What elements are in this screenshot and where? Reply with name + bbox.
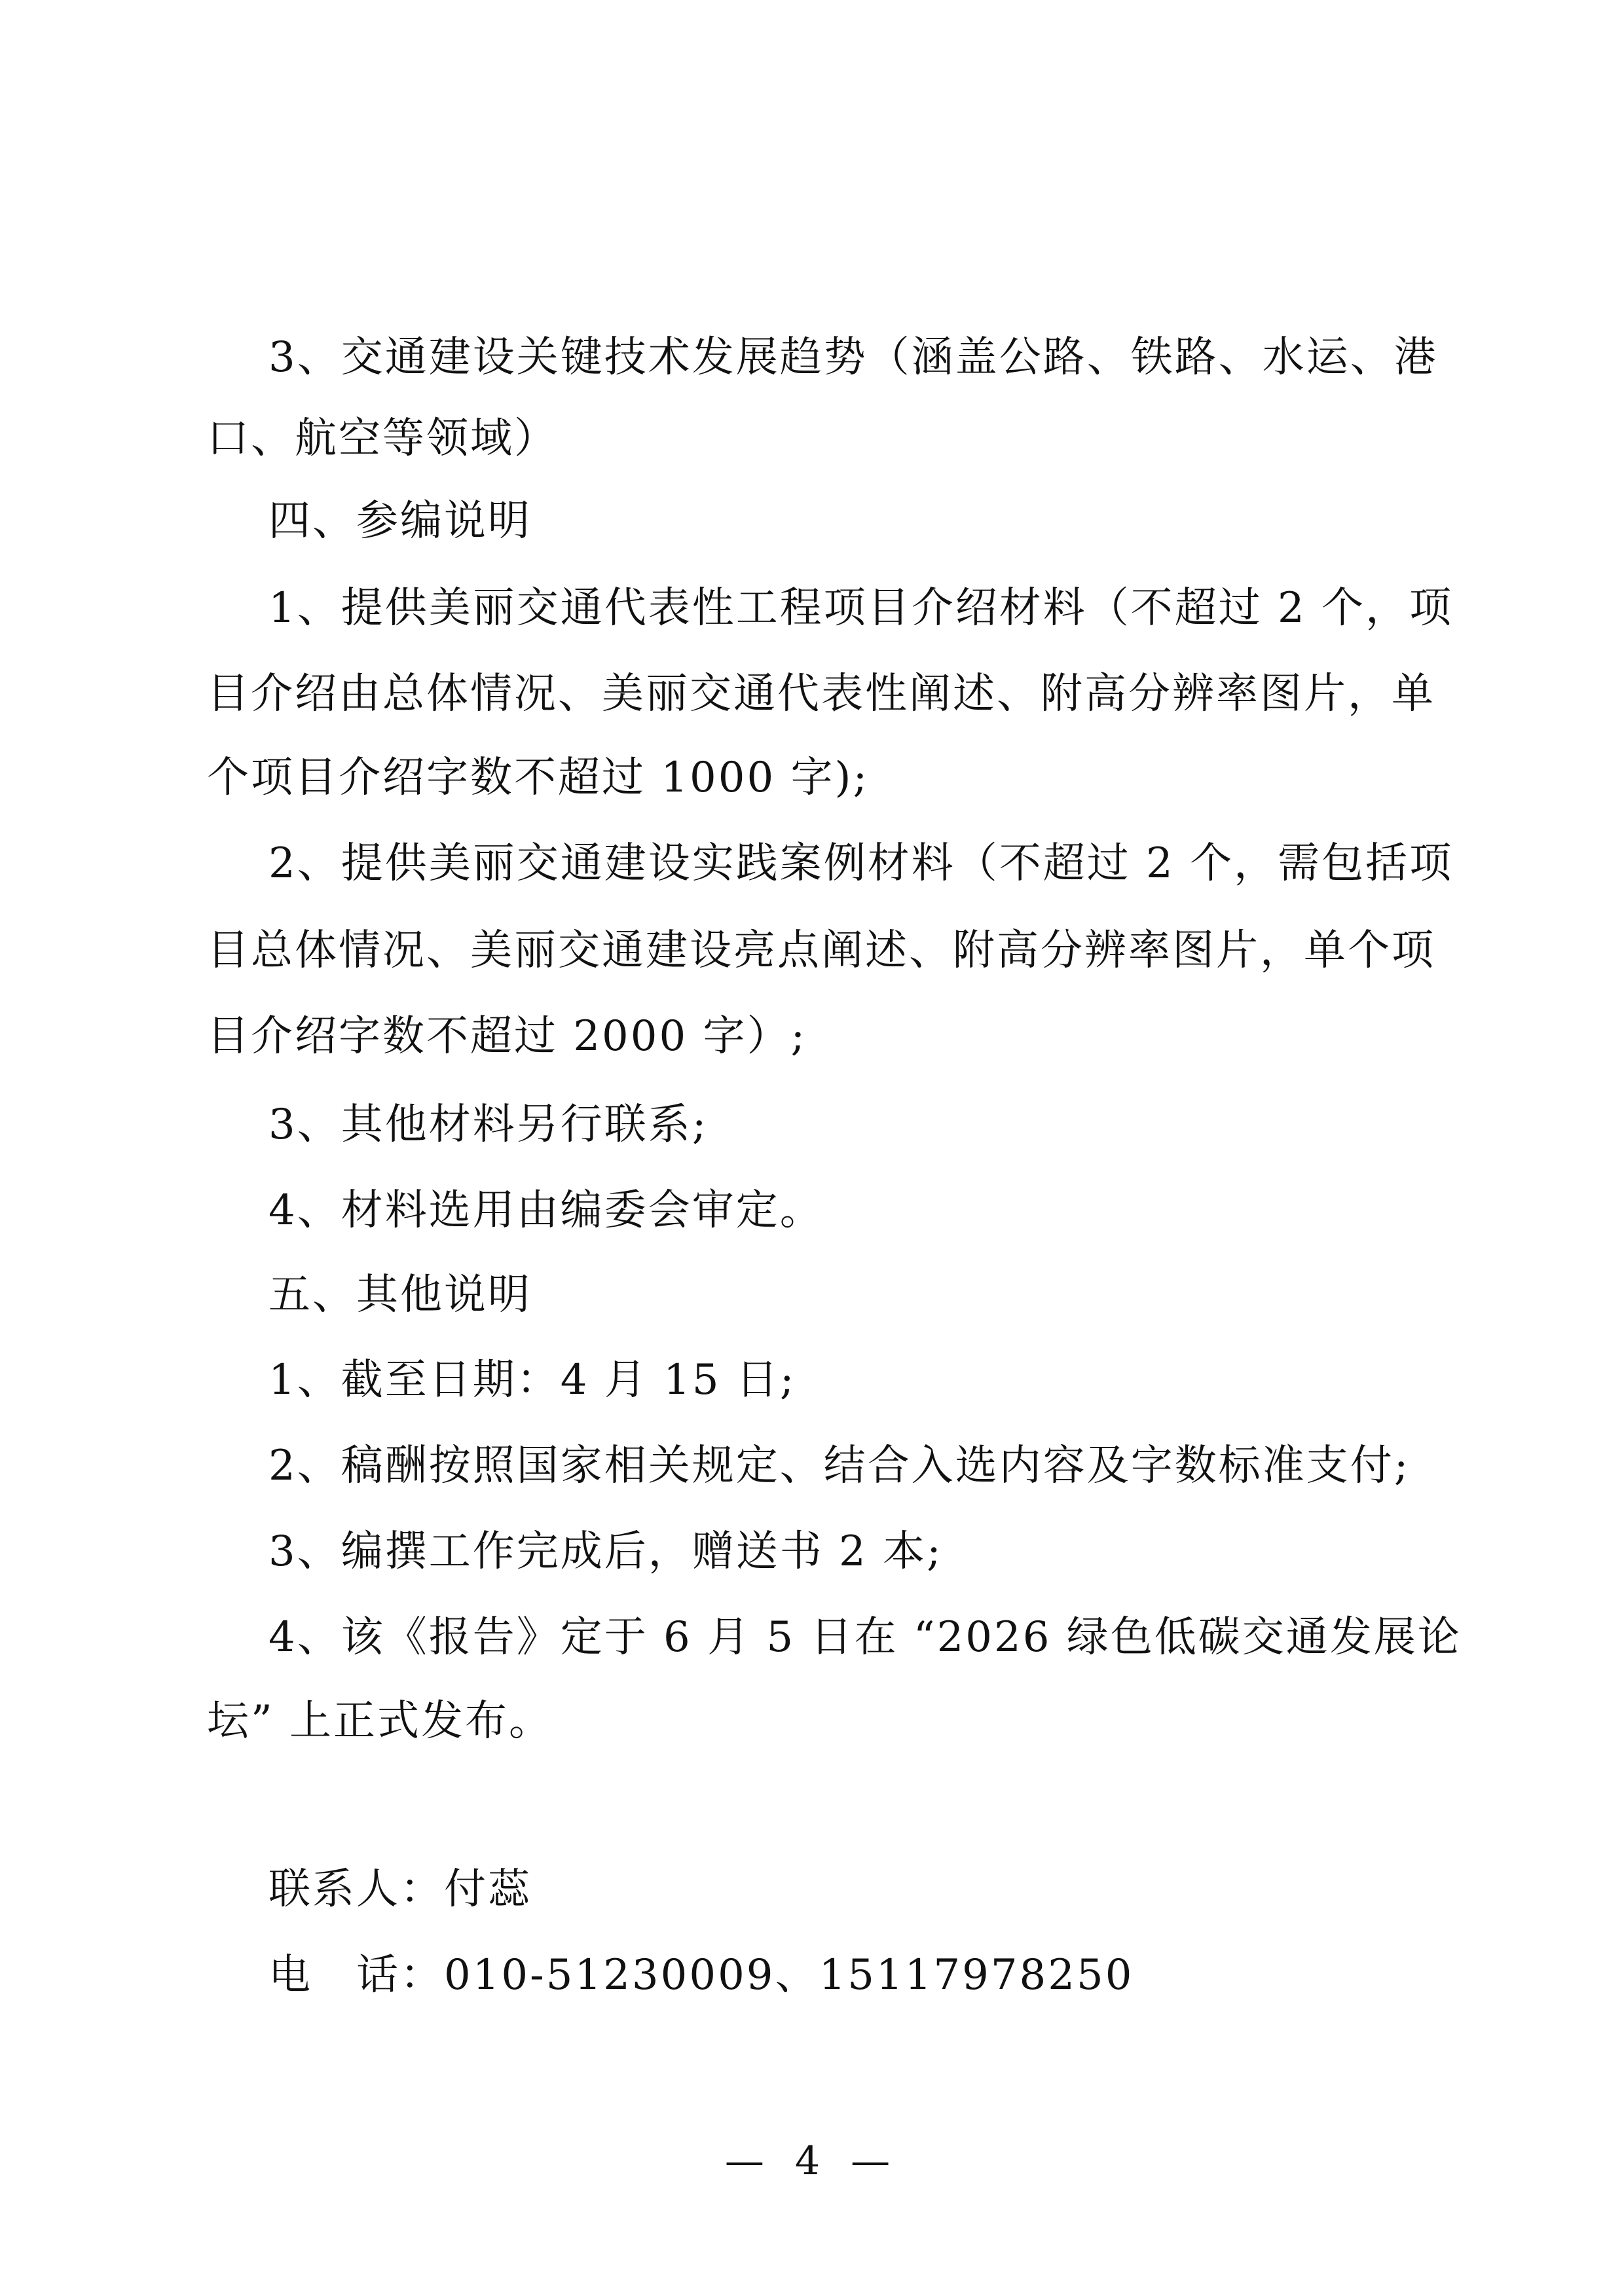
item-3-key-tech-trends: 3、交通建设关键技术发展趋势（涵盖公路、铁路、水运、港 bbox=[268, 331, 1434, 384]
section4-item-1-cont-1: 目介绍由总体情况、美丽交通代表性阐述、附高分辨率图片，单 bbox=[207, 668, 1435, 720]
section5-item-1-deadline: 1、截至日期：4 月 15 日; bbox=[268, 1354, 1434, 1406]
document-page: 3、交通建设关键技术发展趋势（涵盖公路、铁路、水运、港 口、航空等领域） 四、参… bbox=[0, 0, 1624, 2296]
section4-item-3: 3、其他材料另行联系; bbox=[268, 1099, 1434, 1151]
section-heading-5: 五、其他说明 bbox=[268, 1269, 1434, 1321]
section5-item-3-gift-books: 3、编撰工作完成后，赠送书 2 本; bbox=[268, 1525, 1434, 1578]
section5-item-4-release: 4、该《报告》定于 6 月 5 日在 “2026 绿色低碳交通发展论 bbox=[268, 1611, 1434, 1664]
contact-person: 联系人：付蕊 bbox=[268, 1863, 1434, 1916]
section-heading-4: 四、参编说明 bbox=[268, 495, 1434, 547]
section4-item-2-cont-1: 目总体情况、美丽交通建设亮点阐述、附高分辨率图片，单个项 bbox=[207, 924, 1435, 977]
section4-item-1: 1、提供美丽交通代表性工程项目介绍材料（不超过 2 个，项 bbox=[268, 582, 1434, 634]
section5-item-2-remuneration: 2、稿酬按照国家相关规定、结合入选内容及字数标准支付; bbox=[268, 1440, 1434, 1492]
section4-item-2-cont-2: 目介绍字数不超过 2000 字）; bbox=[207, 1010, 1435, 1063]
section4-item-1-cont-2: 个项目介绍字数不超过 1000 字); bbox=[207, 752, 1435, 804]
contact-phone: 电 话：010-51230009、15117978250 bbox=[268, 1949, 1434, 2001]
section4-item-4: 4、材料选用由编委会审定。 bbox=[268, 1184, 1434, 1237]
section5-item-4-cont: 坛” 上正式发布。 bbox=[207, 1695, 1435, 1747]
item-3-continuation: 口、航空等领域） bbox=[207, 412, 1435, 465]
page-number: — 4 — bbox=[0, 2135, 1624, 2187]
section4-item-2: 2、提供美丽交通建设实践案例材料（不超过 2 个，需包括项 bbox=[268, 837, 1434, 890]
